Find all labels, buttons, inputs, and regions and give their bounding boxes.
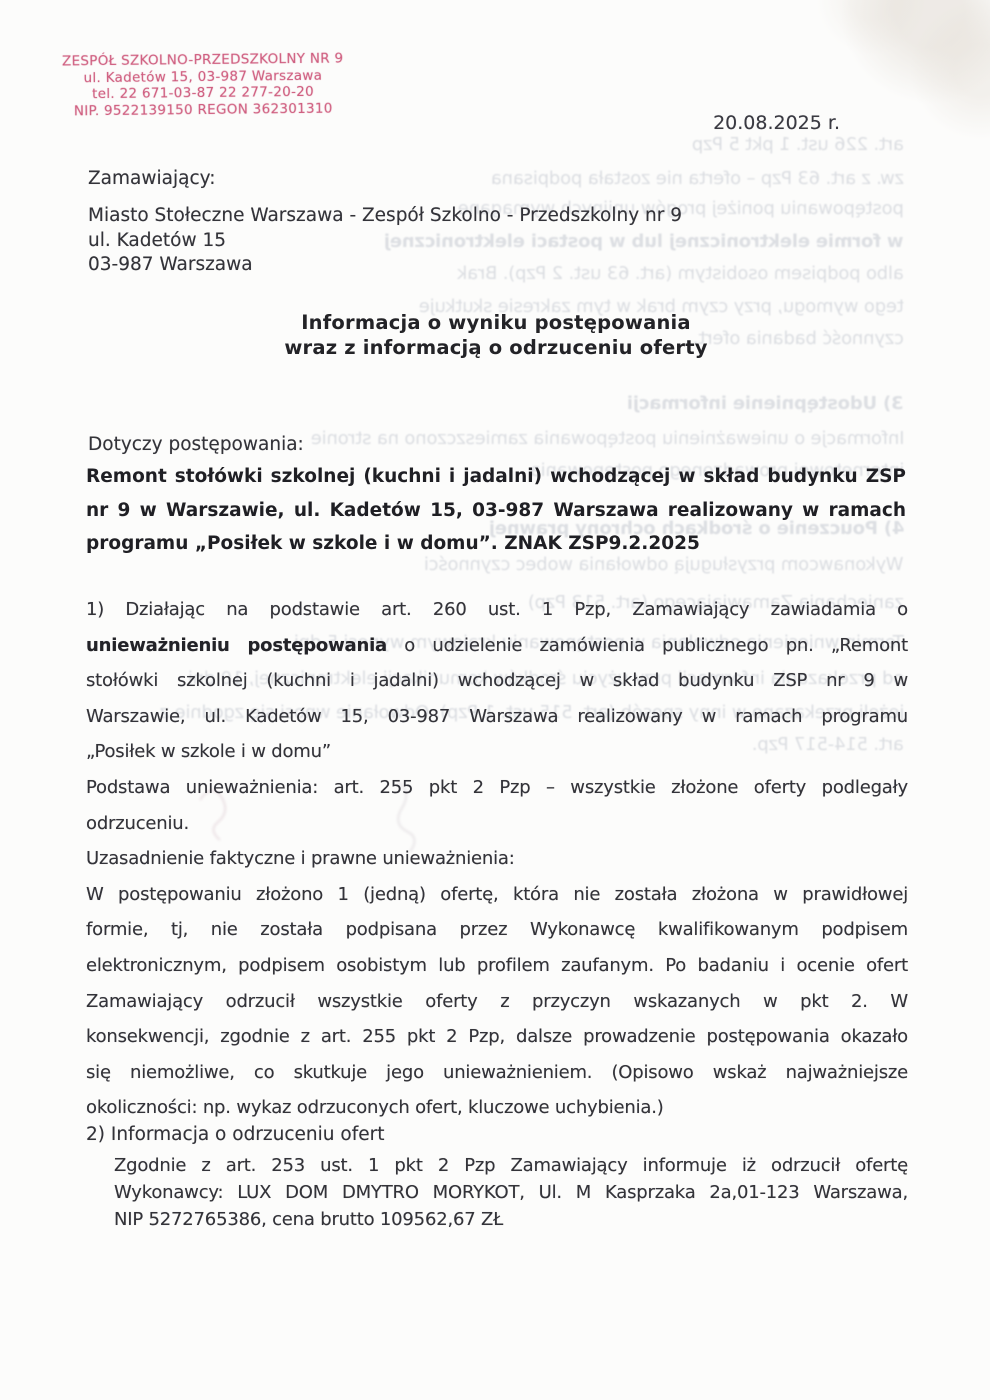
- text-line: Uzasadnienie faktyczne i prawne unieważn…: [86, 841, 908, 877]
- text-line: NIP. 9522139150 REGON 362301310: [52, 100, 354, 120]
- text-line: formie, tj, nie została podpisana przez …: [86, 912, 908, 948]
- text-line: Podstawa unieważnienia: art. 255 pkt 2 P…: [86, 770, 908, 806]
- text-line: odrzuceniu.: [86, 806, 908, 842]
- body-paragraph: Uzasadnienie faktyczne i prawne unieważn…: [86, 841, 908, 877]
- text-line: się niemożliwe, co skutkuje jego unieważ…: [86, 1055, 908, 1091]
- text-line: Wykonawcy: LUX DOM DMYTRO MORYKOT, Ul. M…: [114, 1179, 908, 1206]
- body-paragraph: 1) Działając na podstawie art. 260 ust. …: [86, 592, 908, 770]
- body-paragraphs: 1) Działając na podstawie art. 260 ust. …: [86, 592, 908, 1126]
- text-line: Zamawiający odrzucił wszystkie oferty z …: [86, 984, 908, 1020]
- text-line: „Posiłek w szkole i w domu”: [86, 734, 908, 770]
- bold-text-segment: unieważnieniu postępowania: [86, 635, 387, 656]
- text-line: Miasto Stołeczne Warszawa - Zespół Szkol…: [88, 204, 682, 229]
- bleedthrough-ghost-line: zw. z art. 63 Pzp – oferta nie została p…: [491, 168, 904, 189]
- bleedthrough-ghost-line: Informacje o unieważnieniu postępowania …: [311, 428, 904, 449]
- document-date: 20.08.2025 r.: [713, 112, 840, 134]
- text-line: okoliczności: np. wykaz odrzuconych ofer…: [86, 1090, 908, 1126]
- text-line: 03-987 Warszawa: [88, 253, 682, 278]
- subject-label: Dotyczy postępowania:: [88, 434, 304, 455]
- bleedthrough-ghost-line: 3) Udostępnienie informacji: [627, 393, 904, 414]
- body-paragraph: Podstawa unieważnienia: art. 255 pkt 2 P…: [86, 770, 908, 841]
- text-line: programu „Posiłek w szkole i w domu”. ZN…: [86, 527, 906, 561]
- text-segment: o udzielenie zamówienia publicznego pn. …: [387, 635, 908, 656]
- text-line: Remont stołówki szkolnej (kuchni i jadal…: [86, 460, 906, 494]
- text-line: ul. Kadetów 15: [88, 229, 682, 254]
- subject-paragraph: Remont stołówki szkolnej (kuchni i jadal…: [86, 460, 906, 561]
- school-stamp: ZESPÓŁ SZKOLNO-PRZEDSZKOLNY NR 9ul. Kade…: [52, 50, 355, 119]
- text-line: Informacja o wyniku postępowania: [86, 310, 906, 335]
- body-paragraph: W postępowaniu złożono 1 (jedną) ofertę,…: [86, 877, 908, 1126]
- text-line: Zgodnie z art. 253 ust. 1 pkt 2 Pzp Zama…: [114, 1152, 908, 1179]
- text-line: W postępowaniu złożono 1 (jedną) ofertę,…: [86, 877, 908, 913]
- document-title: Informacja o wyniku postępowaniawraz z i…: [86, 310, 906, 360]
- text-line: Warszawie, ul. Kadetów 15, 03-987 Warsza…: [86, 699, 908, 735]
- text-line: wraz z informacją o odrzuceniu oferty: [86, 335, 906, 360]
- section2-paragraph: Zgodnie z art. 253 ust. 1 pkt 2 Pzp Zama…: [114, 1152, 908, 1233]
- section2-heading: 2) Informacja o odrzuceniu ofert: [86, 1124, 384, 1145]
- text-line: elektronicznym, podpisem osobistym lub p…: [86, 948, 908, 984]
- text-line: stołówki szkolnej (kuchni i jadalni) wch…: [86, 663, 908, 699]
- text-line: konsekwencji, zgodnie z art. 255 pkt 2 P…: [86, 1019, 908, 1055]
- text-line: nr 9 w Warszawie, ul. Kadetów 15, 03-987…: [86, 494, 906, 528]
- document-page: art. 226 ust. 1 pkt 5 Pzpzw. z art. 63 P…: [0, 0, 990, 1400]
- bleedthrough-ghost-line: art. 226 ust. 1 pkt 5 Pzp: [692, 134, 904, 155]
- recipient-address: Miasto Stołeczne Warszawa - Zespół Szkol…: [88, 204, 682, 278]
- recipient-label: Zamawiający:: [88, 168, 215, 189]
- text-line: 1) Działając na podstawie art. 260 ust. …: [86, 592, 908, 628]
- text-line: unieważnieniu postępowania o udzielenie …: [86, 628, 908, 664]
- text-line: NIP 5272765386, cena brutto 109562,67 ZŁ: [114, 1206, 908, 1233]
